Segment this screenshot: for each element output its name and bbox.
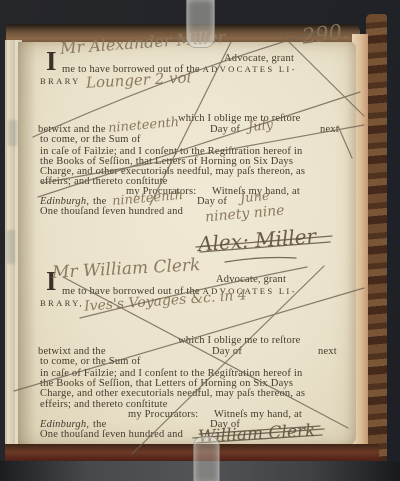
form1-next: next (320, 124, 339, 135)
show-through-mark (7, 230, 15, 264)
gutter-shadow (18, 42, 36, 446)
form2-failzie-3: Charge, and other executorials needful, … (40, 388, 305, 399)
photo-of-register-page: 290. I Mr Alexander Miller Advocate, gra… (0, 0, 400, 481)
form1-oblige: which I oblige me to reſtore (178, 113, 301, 124)
form1-tocome: to come, or the Sum of (40, 134, 141, 145)
form2-dayof-1: Day of (212, 346, 242, 357)
folio-number: 290. (301, 21, 350, 48)
form1-dayof-2: Day of (197, 196, 227, 207)
book-strap-top (186, 0, 215, 48)
form2-next: next (318, 346, 337, 357)
form2-oblige: which I oblige me to reſtore (178, 335, 301, 346)
book-strap-bottom (193, 436, 220, 481)
form2-onethousand: One thouſand ſeven hundred and (40, 429, 183, 440)
form1-onethousand: One thouſand ſeven hundred and (40, 206, 183, 217)
form2-procurators: my Procurators: (128, 409, 198, 420)
show-through-mark (8, 120, 17, 146)
form2-advocate-grant: Advocate, grant (216, 274, 286, 285)
form1-brary: BRARY (40, 77, 81, 86)
form1-advocate-grant: Advocate, grant (224, 53, 294, 64)
form1-dayof-1: Day of (210, 124, 240, 135)
form1-restore-month: July (247, 119, 273, 135)
form2-brary: BRARY, (40, 299, 84, 308)
book-cover-leather (366, 14, 387, 466)
form2-tocome: to come, or the Sum of (40, 356, 141, 367)
form1-dropcap-initial: I (46, 48, 57, 75)
form1-library-caps: ADVOCATES LI- (203, 64, 297, 74)
